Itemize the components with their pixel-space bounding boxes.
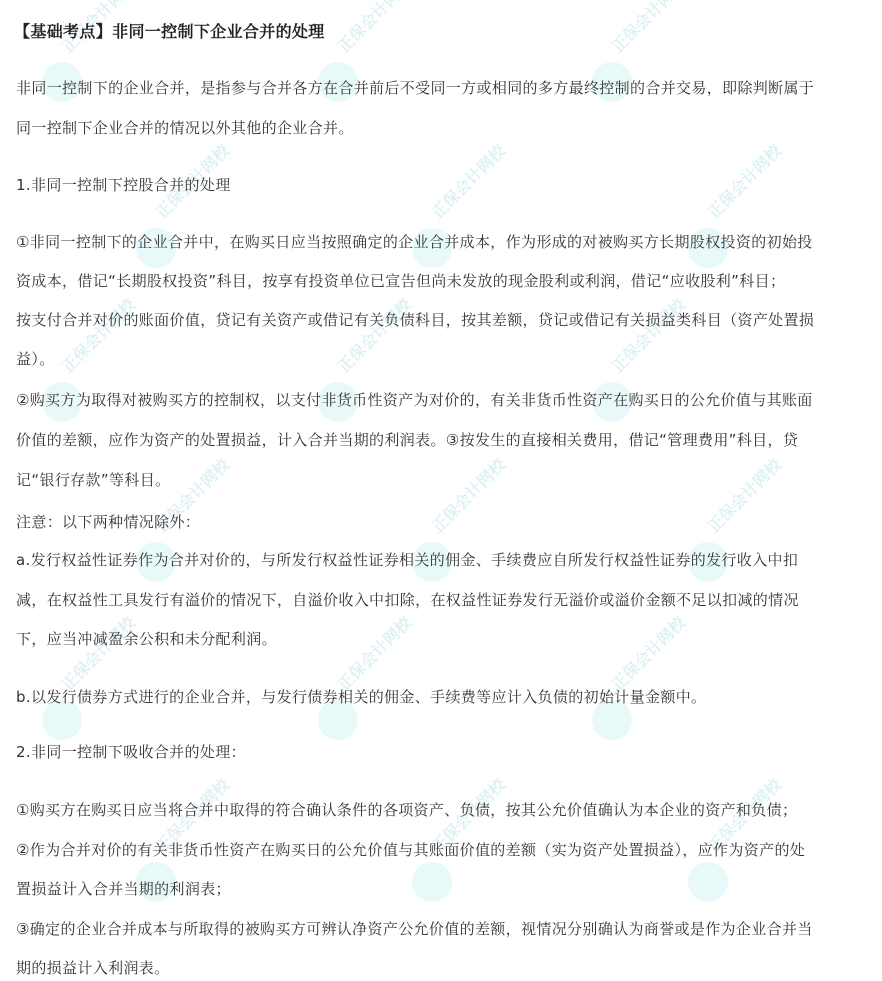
section2-item2-line: ②作为合并对价的有关非货币性资产在购买日的公允价值与其账面价值的差额（实为资产处… [16, 840, 805, 860]
exception-a-line: 下，应当冲减盈余公积和未分配利润。 [16, 629, 277, 649]
intro-line: 同一控制下企业合并的情况以外其他的企业合并。 [16, 118, 354, 138]
section1-item1-line: 按支付合并对价的账面价值，贷记有关资产或借记有关负债科目，按其差额，贷记或借记有… [16, 310, 814, 330]
section2-item2-line: 置损益计入合并当期的利润表； [16, 879, 231, 899]
intro-line: 非同一控制下的企业合并，是指参与合并各方在合并前后不受同一方或相同的多方最终控制… [16, 78, 814, 98]
section1-item2-line: 价值的差额，应作为资产的处置损益，计入合并当期的利润表。③按发生的直接相关费用，… [16, 430, 798, 450]
note-line: 注意：以下两种情况除外： [16, 512, 200, 532]
section1-item2-line: 记“银行存款”等科目。 [16, 470, 170, 490]
section2-item1-line: ①购买方在购买日应当将合并中取得的符合确认条件的各项资产、负债，按其公允价值确认… [16, 800, 797, 820]
section1-item1-line: ①非同一控制下的企业合并中，在购买日应当按照确定的企业合并成本，作为形成的对被购… [16, 232, 813, 252]
document-page: 正保会计网校 正保会计网校 正保会计网校 正保会计网校 正保会计网校 正保会计网… [0, 0, 882, 981]
exception-a-line: 减，在权益性工具发行有溢价的情况下，自溢价收入中扣除，在权益性证券发行无溢价或溢… [16, 590, 799, 610]
section1-item1-line: 资成本，借记“长期股权投资”科目，按享有投资单位已宣告但尚未发放的现金股利或利润… [16, 271, 785, 291]
section1-item1-line: 益）。 [16, 349, 55, 369]
section2-item3-line: ③确定的企业合并成本与所取得的被购买方可辨认净资产公允价值的差额，视情况分别确认… [16, 919, 813, 939]
exception-b-line: b.以发行债券方式进行的企业合并，与发行债券相关的佣金、手续费等应计入负债的初始… [16, 687, 706, 707]
section2-item3-line: 期的损益计入利润表。 [16, 958, 170, 978]
section2-heading: 2.非同一控制下吸收合并的处理： [16, 742, 246, 762]
page-title: 【基础考点】非同一控制下企业合并的处理 [14, 22, 325, 42]
section1-item2-line: ②购买方为取得对被购买方的控制权，以支付非货币性资产为对价的，有关非货币性资产在… [16, 390, 813, 410]
section1-heading: 1.非同一控制下控股合并的处理 [16, 175, 231, 195]
exception-a-line: a.发行权益性证券作为合并对价的，与所发行权益性证券相关的佣金、手续费应自所发行… [16, 550, 798, 570]
